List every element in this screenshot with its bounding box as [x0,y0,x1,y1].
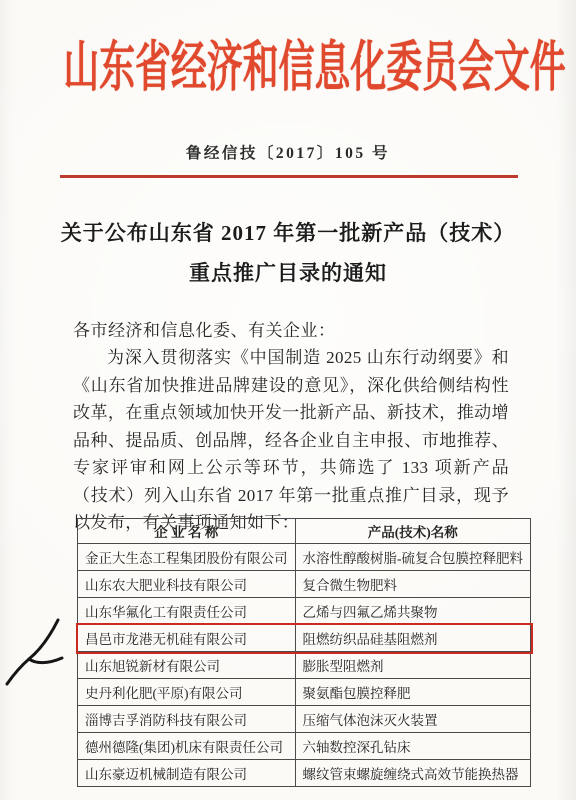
document-number: 鲁经信技〔2017〕105 号 [0,141,576,163]
document-page: 山东省经济和信息化委员会文件 鲁经信技〔2017〕105 号 关于公布山东省 2… [0,0,576,800]
table-row: 山东豪迈机械制造有限公司 螺纹管束螺旋缠绕式高效节能换热器 [78,760,531,787]
table-row: 山东农大肥业科技有限公司 复合微生物肥料 [78,571,531,598]
product-cell: 聚氨酯包膜控释肥 [295,679,531,706]
company-cell: 昌邑市龙港无机硅有限公司 [78,625,296,652]
red-divider-line [60,175,518,178]
table-row-highlighted: 昌邑市龙港无机硅有限公司 阻燃纺织品硅基阻燃剂 [78,625,531,652]
table-row: 史丹利化肥(平原)有限公司 聚氨酯包膜控释肥 [78,679,531,706]
body-paragraph: 为深入贯彻落实《中国制造 2025 山东行动纲要》和《山东省加快推进品牌建设的意… [73,344,509,537]
product-cell: 压缩气体泡沫灭火装置 [295,706,531,733]
product-cell: 复合微生物肥料 [295,571,531,598]
product-cell: 水溶性醇酸树脂-硫复合包膜控释肥料 [295,544,531,571]
company-cell: 山东农大肥业科技有限公司 [78,571,296,598]
product-cell: 乙烯与四氟乙烯共聚物 [295,598,531,625]
column-header-product: 产品(技术)名称 [295,519,531,544]
company-cell: 德州德隆(集团)机床有限责任公司 [78,733,296,760]
product-cell: 螺纹管束螺旋缠绕式高效节能换热器 [295,760,531,787]
company-cell: 淄博吉孚消防科技有限公司 [78,706,296,733]
document-title: 关于公布山东省 2017 年第一批新产品（技术） 重点推广目录的通知 [38,213,538,293]
company-cell: 山东豪迈机械制造有限公司 [78,760,296,787]
agency-header-title: 山东省经济和信息化委员会文件 [63,24,512,102]
product-catalog-table: 企 业 名 称 产品(技术)名称 金正大生态工程集团股份有限公司 水溶性醇酸树脂… [77,518,531,787]
salutation-line: 各市经济和信息化委、有关企业： [73,316,509,341]
document-title-line2: 重点推广目录的通知 [189,261,387,285]
table-row: 山东华氟化工有限责任公司 乙烯与四氟乙烯共聚物 [78,598,531,625]
document-title-line1: 关于公布山东省 2017 年第一批新产品（技术） [61,221,516,245]
column-header-company: 企 业 名 称 [78,519,296,544]
product-cell: 阻燃纺织品硅基阻燃剂 [295,625,531,652]
company-cell: 山东华氟化工有限责任公司 [78,598,296,625]
table-header-row: 企 业 名 称 产品(技术)名称 [78,519,531,544]
table-row: 淄博吉孚消防科技有限公司 压缩气体泡沫灭火装置 [78,706,531,733]
company-cell: 史丹利化肥(平原)有限公司 [78,679,296,706]
company-cell: 金正大生态工程集团股份有限公司 [78,544,296,571]
handwritten-check-icon [2,612,68,690]
product-cell: 六轴数控深孔钻床 [295,733,531,760]
product-cell: 膨胀型阻燃剂 [295,652,531,679]
table-row: 山东旭锐新材有限公司 膨胀型阻燃剂 [78,652,531,679]
table-row: 金正大生态工程集团股份有限公司 水溶性醇酸树脂-硫复合包膜控释肥料 [78,544,531,571]
table-row: 德州德隆(集团)机床有限责任公司 六轴数控深孔钻床 [78,733,531,760]
company-cell: 山东旭锐新材有限公司 [78,652,296,679]
